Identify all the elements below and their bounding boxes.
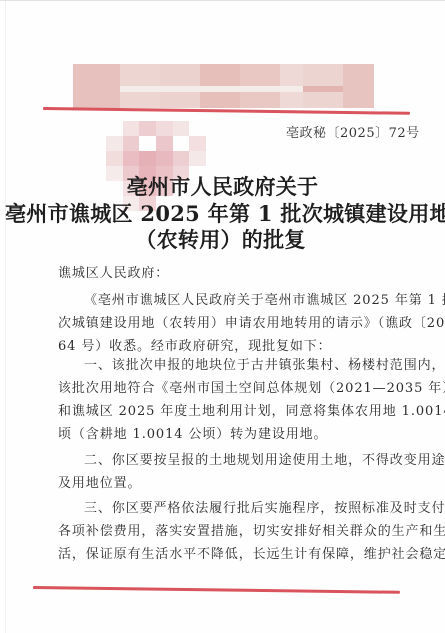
paragraph-line: 和谯城区 2025 年度土地利用计划，同意将集体农用地 1.0014 公 [58, 400, 418, 423]
red-divider-bottom [33, 586, 400, 594]
paragraph-line: 次城镇建设用地（农转用）申请农用地转用的请示》（谯政〔2025〕 [58, 312, 418, 335]
title-line-3: （农转用）的批复 [0, 224, 443, 254]
redacted-issuer-header [73, 64, 374, 108]
paragraph-line: 顷（含耕地 1.0014 公顷）转为建设用地。 [58, 423, 418, 446]
paragraph-line: 二、你区要按呈报的土地规划用途使用土地，不得改变用途 [58, 449, 418, 472]
paragraph-line: 《亳州市谯城区人民政府关于亳州市谯城区 2025 年第 1 批 [58, 289, 418, 312]
document-number: 亳政秘〔2025〕72号 [286, 122, 420, 141]
salutation: 谯城区人民政府： [58, 262, 418, 285]
paragraph-intro: 《亳州市谯城区人民政府关于亳州市谯城区 2025 年第 1 批 次城镇建设用地（… [58, 289, 418, 358]
paragraph-item-1: 一、该批次申报的地块位于古井镇张集村、杨楼村范围内， 该批次用地符合《亳州市国土… [58, 354, 418, 446]
paragraph-item-2: 二、你区要按呈报的土地规划用途使用土地，不得改变用途 及用地位置。 [58, 449, 418, 495]
title-line-1: 亳州市人民政府关于 [0, 171, 445, 201]
paragraph-line: 三、你区要严格依法履行批后实施程序，按照标准及时支付 [58, 497, 418, 520]
paragraph-item-3: 三、你区要严格依法履行批后实施程序，按照标准及时支付 各项补偿费用，落实安置措施… [58, 497, 418, 566]
paragraph-line: 一、该批次申报的地块位于古井镇张集村、杨楼村范围内， [58, 354, 418, 377]
paragraph-line: 及用地位置。 [58, 472, 418, 495]
red-divider-top [43, 107, 410, 115]
paragraph-line: 该批次用地符合《亳州市国土空间总体规划（2021—2035 年）》 [58, 377, 418, 400]
paragraph-line: 活，保证原有生活水平不降低，长远生计有保障，维护社会稳定。 [58, 543, 418, 566]
document-page: 亳政秘〔2025〕72号 亳州市人民政府关于 亳州市谯城区 2025 年第 1 … [0, 0, 445, 633]
page-edge [5, 1, 6, 633]
paragraph-line: 各项补偿费用，落实安置措施，切实安排好相关群众的生产和生 [58, 520, 418, 543]
